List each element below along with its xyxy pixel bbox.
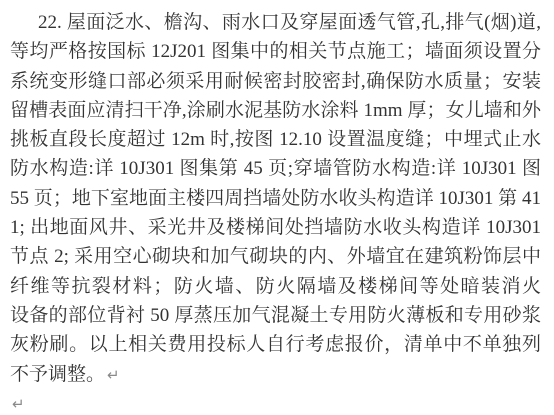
paragraph-return-mark-icon: ↵ — [10, 395, 25, 413]
paragraph-line: 1; 出地面风井、采光井及楼梯间处挡墙防水收头构造详 10J301 第 41 页 — [10, 213, 541, 242]
paragraph-last-line-text: 不予调整。 — [10, 364, 105, 385]
paragraph-22: 22. 屋面泛水、檐沟、雨水口及穿屋面透气管,孔,排气(烟)道,分仓缝 等均严格… — [10, 8, 541, 415]
paragraph-last-line: 不予调整。↵ — [10, 360, 541, 389]
paragraph-line: 纤维等抗裂材料；防火墙、防火隔墙及楼梯间等处暗装消火栓、配电盘等 — [10, 272, 541, 301]
paragraph-line: 防水构造:详 10J301 图集第 45 页;穿墙管防水构造:详 10J301 … — [10, 154, 541, 183]
paragraph-line: 挑板直段长度超过 12m 时,按图 12.10 设置温度缝；中埋式止水带变形缝 — [10, 125, 541, 154]
paragraph-return-mark-icon: ↵ — [105, 366, 120, 384]
document-page: 22. 屋面泛水、檐沟、雨水口及穿屋面透气管,孔,排气(烟)道,分仓缝 等均严格… — [0, 0, 554, 415]
paragraph-body: 等均严格按国标 12J201 图集中的相关节点施工；墙面须设置分仓(格)缝,系统… — [10, 37, 541, 359]
paragraph-line: 系统变形缝口部必须采用耐候密封胶密封,确保防水质量；安装水管前,预 — [10, 67, 541, 96]
paragraph-line: 灰粉刷。以上相关费用投标人自行考虑报价，清单中不单独列项，中标后 — [10, 330, 541, 359]
paragraph-first-line: 22. 屋面泛水、檐沟、雨水口及穿屋面透气管,孔,排气(烟)道,分仓缝 — [10, 8, 541, 37]
empty-paragraph-line: ↵ — [10, 389, 541, 415]
paragraph-line: 设备的部位背衬 50 厚蒸压加气混凝土专用防火薄板和专用砂浆钢板网抹 — [10, 301, 541, 330]
paragraph-line: 等均严格按国标 12J201 图集中的相关节点施工；墙面须设置分仓(格)缝, — [10, 37, 541, 66]
paragraph-line: 55 页；地下室地面主楼四周挡墙处防水收头构造详 10J301 第 41 页节点 — [10, 184, 541, 213]
paragraph-line: 节点 2; 采用空心砌块和加气砌块的内、外墙宜在建筑粉饰层中掺入玻璃 — [10, 242, 541, 271]
paragraph-line: 留槽表面应清扫干净,涂刷水泥基防水涂料 1mm 厚；女儿墙和外露的水平 — [10, 96, 541, 125]
